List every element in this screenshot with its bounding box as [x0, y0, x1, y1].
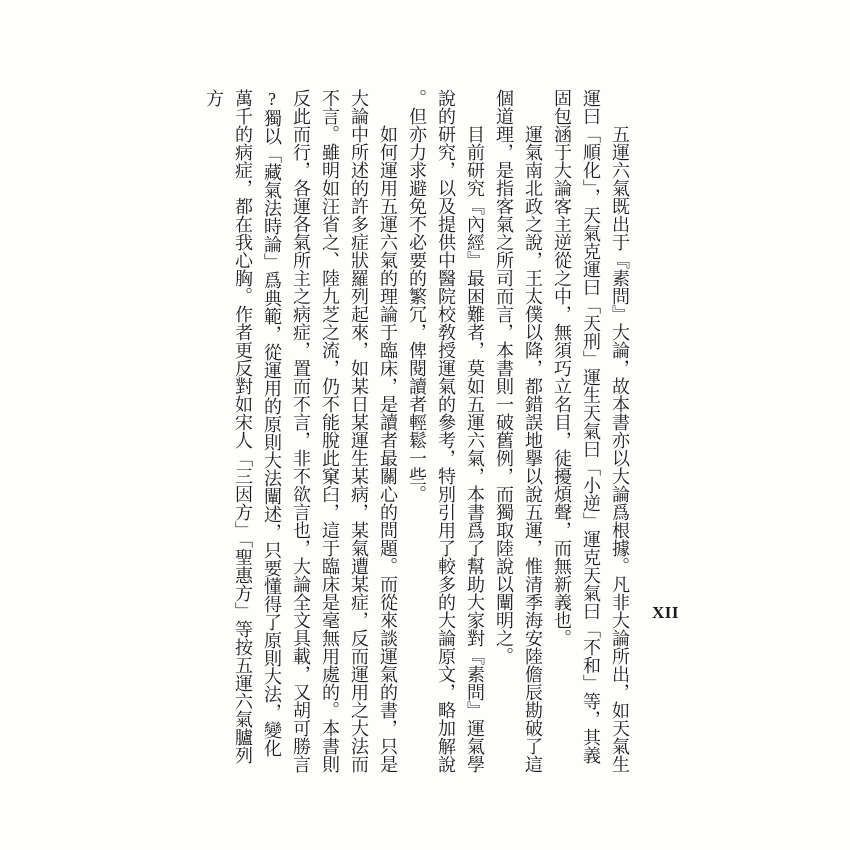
paragraph-4: 如何運用五運六氣的理論于臨床，是讀者最關心的問題。而從來談運氣的書，只是大論中所…	[199, 89, 402, 773]
paragraph-2: 運氣南北政之說，王太僕以降，都錯誤地擧以說五運，惟清季海安陸儋辰勘破了這個道理，…	[489, 89, 547, 773]
paragraph-3: 目前研究『內經』最困難者，莫如五運六氣，本書爲了幫助大家對『素問』運氣學說的研究…	[402, 89, 489, 773]
body-text: 五運六氣既出于『素問』大論，故本書亦以大論爲根據。凡非大論所出，如天氣生運曰「順…	[199, 89, 634, 773]
paragraph-1: 五運六氣既出于『素問』大論，故本書亦以大論爲根據。凡非大論所出，如天氣生運曰「順…	[547, 89, 634, 773]
page-number: XII	[652, 603, 679, 623]
book-page: 五運六氣既出于『素問』大論，故本書亦以大論爲根據。凡非大論所出，如天氣生運曰「順…	[0, 0, 850, 850]
